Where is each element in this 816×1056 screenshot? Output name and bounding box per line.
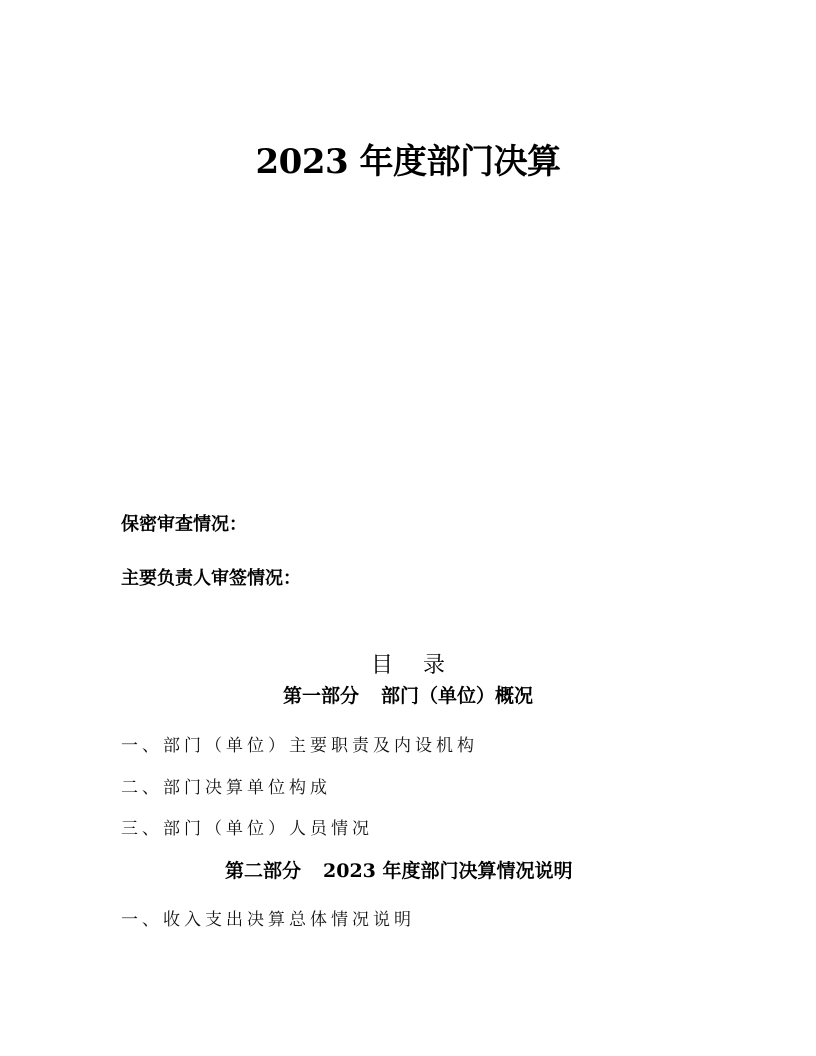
toc-heading-char-2: 录 (423, 653, 445, 678)
leader-signoff-field: 主要负责人审签情况： (121, 567, 301, 591)
toc-part-1-title: 第一部分部门（单位）概况 (0, 683, 816, 709)
leader-signoff-label: 主要负责人审签情况： (121, 568, 301, 589)
toc-item[interactable]: 一、部门（单位）主要职责及内设机构 (121, 734, 478, 758)
toc-heading-char-1: 目 (371, 653, 393, 678)
toc-part-2-prefix: 第二部分 (225, 860, 301, 882)
confidentiality-review-field: 保密审查情况： (121, 513, 247, 537)
toc-item[interactable]: 一、收入支出决算总体情况说明 (121, 908, 415, 932)
toc-item[interactable]: 二、部门决算单位构成 (121, 776, 331, 800)
toc-item[interactable]: 三、部门（单位）人员情况 (121, 817, 373, 841)
toc-part-1-name: 部门（单位）概况 (381, 685, 533, 707)
toc-part-2-title: 第二部分2023 年度部门决算情况说明 (225, 858, 573, 884)
confidentiality-review-label: 保密审查情况： (121, 514, 247, 535)
toc-part-2-name: 2023 年度部门决算情况说明 (323, 860, 573, 882)
toc-part-1-prefix: 第一部分 (283, 685, 359, 707)
toc-heading: 目录 (0, 652, 816, 680)
document-title: 2023 年度部门决算 (0, 140, 816, 184)
